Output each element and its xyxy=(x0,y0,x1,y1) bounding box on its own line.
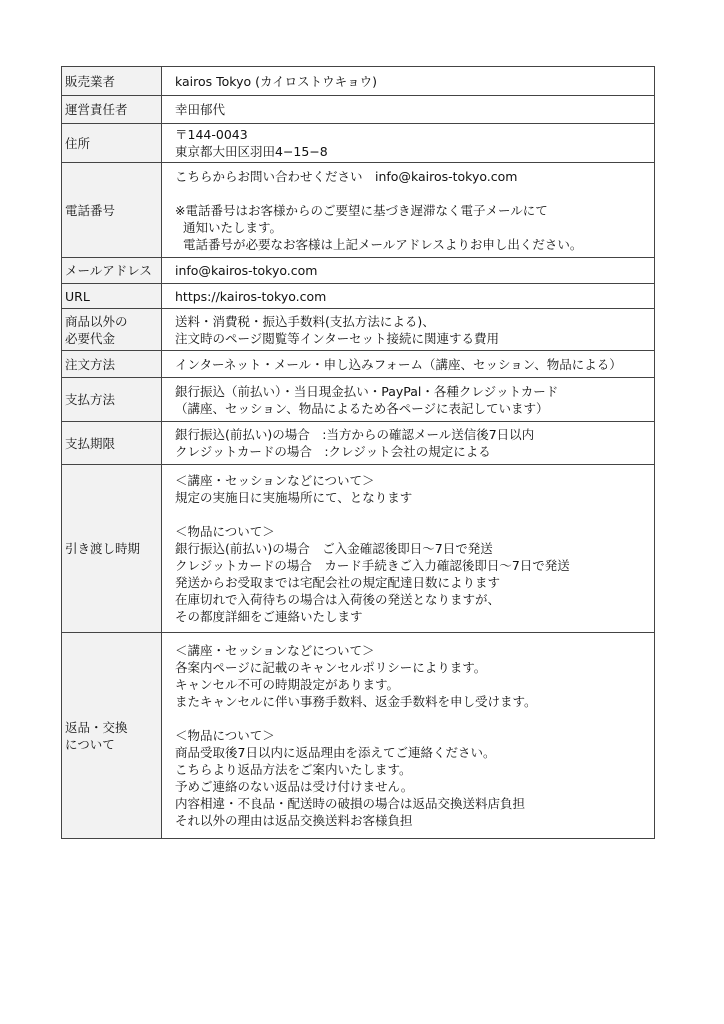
row-value: 送料・消費税・振込手数料(支払方法による)、注文時のページ閲覧等インターセット接… xyxy=(162,309,654,350)
label-text: メールアドレス xyxy=(65,262,152,279)
row-label: メールアドレス xyxy=(62,258,162,283)
label-text: 支払方法 xyxy=(65,391,115,408)
row-label: 住所 xyxy=(62,124,162,162)
row-email: メールアドレスinfo@kairos-tokyo.com xyxy=(62,257,654,283)
label-text: 住所 xyxy=(65,135,90,152)
value-line: ＜物品について＞ xyxy=(175,523,654,540)
value-line: ＜物品について＞ xyxy=(175,727,654,744)
label-text: 返品・交換 xyxy=(65,719,128,736)
row-value: 銀行振込(前払い)の場合 :当方からの確認メール送信後7日以内クレジットカードの… xyxy=(162,422,654,464)
value-line: info@kairos-tokyo.com xyxy=(175,262,654,279)
value-line xyxy=(175,506,654,523)
commerce-disclosure-table: 販売業者kairos Tokyo (カイロストウキョウ)運営責任者幸田郁代住所〒… xyxy=(61,66,655,839)
row-label: 引き渡し時期 xyxy=(62,465,162,632)
value-line: またキャンセルに伴い事務手数料、返金手数料を申し受けます。 xyxy=(175,693,654,710)
row-label: 電話番号 xyxy=(62,163,162,257)
row-value: info@kairos-tokyo.com xyxy=(162,258,654,283)
label-text: 商品以外の xyxy=(65,313,128,330)
row-label: URL xyxy=(62,284,162,308)
value-line: 発送からお受取までは宅配会社の規定配達日数によります xyxy=(175,574,654,591)
value-line: クレジットカードの場合 :クレジット会社の規定による xyxy=(175,443,654,460)
row-seller: 販売業者kairos Tokyo (カイロストウキョウ) xyxy=(62,67,654,95)
row-returns-exchange: 返品・交換について＜講座・セッションなどについて＞各案内ページに記載のキャンセル… xyxy=(62,632,654,838)
value-line: 通知いたします。 xyxy=(175,219,654,236)
row-payment-method: 支払方法銀行振込（前払い）・当日現金払い・PayPal・各種クレジットカード（講… xyxy=(62,377,654,421)
value-line: 在庫切れで入荷待ちの場合は入荷後の発送となりますが、 xyxy=(175,591,654,608)
row-label: 支払方法 xyxy=(62,378,162,421)
value-line: 銀行振込（前払い）・当日現金払い・PayPal・各種クレジットカード xyxy=(175,383,654,400)
value-line: 銀行振込(前払い)の場合 :当方からの確認メール送信後7日以内 xyxy=(175,426,654,443)
row-value: インターネット・メール・申し込みフォーム（講座、セッション、物品による） xyxy=(162,351,654,377)
row-value: 幸田郁代 xyxy=(162,96,654,123)
value-line: ※電話番号はお客様からのご要望に基づき遅滞なく電子メールにて xyxy=(175,202,654,219)
row-label: 支払期限 xyxy=(62,422,162,464)
row-value: 〒144-0043東京都大田区羽田4−15−8 xyxy=(162,124,654,162)
value-line: 内容相違・不良品・配送時の破損の場合は返品交換送料店負担 xyxy=(175,795,654,812)
label-text: 注文方法 xyxy=(65,356,115,373)
row-url: URLhttps://kairos-tokyo.com xyxy=(62,283,654,308)
value-line: 〒144-0043 xyxy=(175,126,654,143)
value-line: 銀行振込(前払い)の場合 ご入金確認後即日～7日で発送 xyxy=(175,540,654,557)
row-address: 住所〒144-0043東京都大田区羽田4−15−8 xyxy=(62,123,654,162)
row-value: 銀行振込（前払い）・当日現金払い・PayPal・各種クレジットカード（講座、セッ… xyxy=(162,378,654,421)
value-line xyxy=(175,185,654,202)
row-value: https://kairos-tokyo.com xyxy=(162,284,654,308)
value-line: キャンセル不可の時期設定があります。 xyxy=(175,676,654,693)
value-line: こちらからお問い合わせください info@kairos-tokyo.com xyxy=(175,168,654,185)
row-payment-deadline: 支払期限銀行振込(前払い)の場合 :当方からの確認メール送信後7日以内クレジット… xyxy=(62,421,654,464)
value-line: 送料・消費税・振込手数料(支払方法による)、 xyxy=(175,313,654,330)
row-label: 販売業者 xyxy=(62,67,162,95)
value-line: 規定の実施日に実施場所にて、となります xyxy=(175,489,654,506)
label-text: 必要代金 xyxy=(65,330,128,347)
value-line: その都度詳細をご連絡いたします xyxy=(175,608,654,625)
value-line: 電話番号が必要なお客様は上記メールアドレスよりお申し出ください。 xyxy=(175,236,654,253)
value-line: （講座、セッション、物品によるため各ページに表記しています） xyxy=(175,400,654,417)
value-line: それ以外の理由は返品交換送料お客様負担 xyxy=(175,812,654,829)
label-text: 運営責任者 xyxy=(65,101,128,118)
value-line: こちらより返品方法をご案内いたします。 xyxy=(175,761,654,778)
label-text: URL xyxy=(65,288,90,305)
value-line: ＜講座・セッションなどについて＞ xyxy=(175,472,654,489)
value-line: 東京都大田区羽田4−15−8 xyxy=(175,143,654,160)
label-text: 引き渡し時期 xyxy=(65,540,140,557)
row-label: 商品以外の必要代金 xyxy=(62,309,162,350)
row-label: 注文方法 xyxy=(62,351,162,377)
value-line: 各案内ページに記載のキャンセルポリシーによります。 xyxy=(175,659,654,676)
label-text: 販売業者 xyxy=(65,73,115,90)
row-delivery-time: 引き渡し時期＜講座・セッションなどについて＞規定の実施日に実施場所にて、となりま… xyxy=(62,464,654,632)
row-value: kairos Tokyo (カイロストウキョウ) xyxy=(162,67,654,95)
row-phone: 電話番号こちらからお問い合わせください info@kairos-tokyo.co… xyxy=(62,162,654,257)
value-line: インターネット・メール・申し込みフォーム（講座、セッション、物品による） xyxy=(175,356,654,373)
value-line: 幸田郁代 xyxy=(175,101,654,118)
value-line: kairos Tokyo (カイロストウキョウ) xyxy=(175,73,654,90)
row-value: ＜講座・セッションなどについて＞各案内ページに記載のキャンセルポリシーによります… xyxy=(162,633,654,838)
row-label: 運営責任者 xyxy=(62,96,162,123)
row-order-method: 注文方法インターネット・メール・申し込みフォーム（講座、セッション、物品による） xyxy=(62,350,654,377)
value-line: ＜講座・セッションなどについて＞ xyxy=(175,642,654,659)
row-value: こちらからお問い合わせください info@kairos-tokyo.com※電話… xyxy=(162,163,654,257)
label-text: について xyxy=(65,736,128,753)
label-text: 電話番号 xyxy=(65,202,115,219)
label-text: 支払期限 xyxy=(65,435,115,452)
row-extra-fees: 商品以外の必要代金送料・消費税・振込手数料(支払方法による)、注文時のページ閲覧… xyxy=(62,308,654,350)
value-line xyxy=(175,710,654,727)
value-line: 注文時のページ閲覧等インターセット接続に関連する費用 xyxy=(175,330,654,347)
value-line: 商品受取後7日以内に返品理由を添えてご連絡ください。 xyxy=(175,744,654,761)
value-line: クレジットカードの場合 カード手続きご入力確認後即日～7日で発送 xyxy=(175,557,654,574)
value-line: https://kairos-tokyo.com xyxy=(175,288,654,305)
row-label: 返品・交換について xyxy=(62,633,162,838)
value-line: 予めご連絡のない返品は受け付けません。 xyxy=(175,778,654,795)
row-operator: 運営責任者幸田郁代 xyxy=(62,95,654,123)
row-value: ＜講座・セッションなどについて＞規定の実施日に実施場所にて、となります＜物品につ… xyxy=(162,465,654,632)
